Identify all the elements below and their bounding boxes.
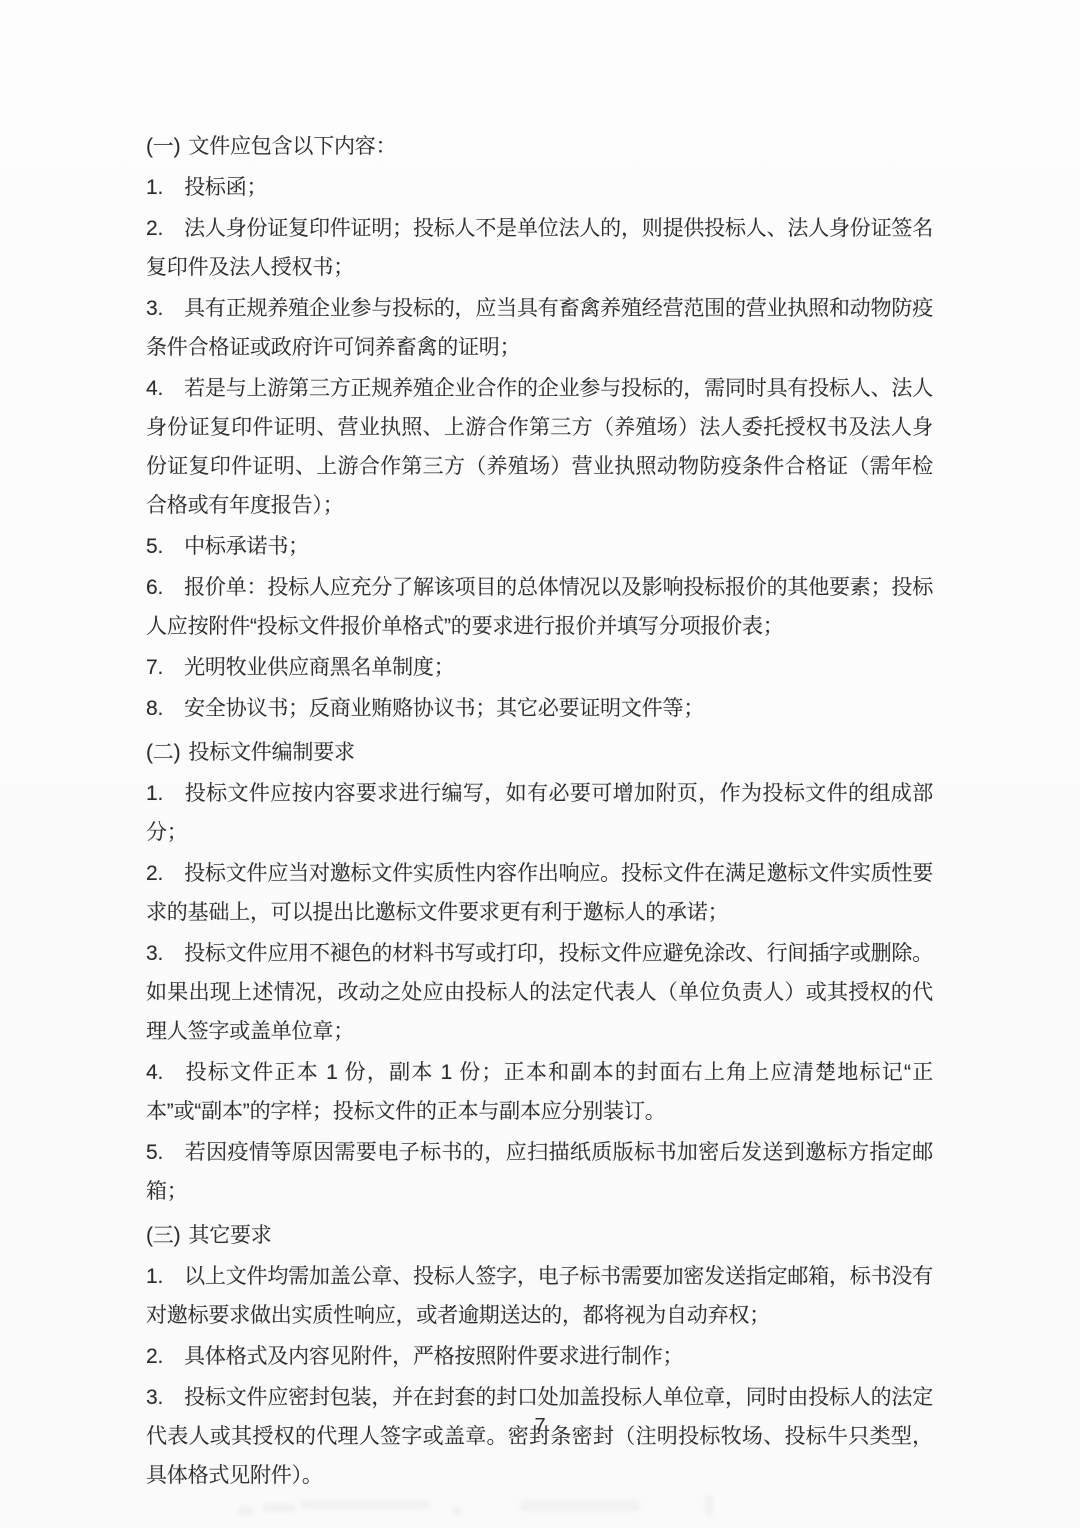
item-label: 2.	[146, 217, 184, 240]
item-text: 若因疫情等原因需要电子标书的，应扫描纸质版标书加密后发送到邀标方指定邮箱；	[146, 1141, 933, 1203]
item-label: 1.	[146, 1265, 184, 1288]
item-label: 7.	[146, 656, 184, 679]
item-text: 投标文件应按内容要求进行编写，如有必要可增加附页，作为投标文件的组成部分；	[146, 782, 933, 844]
item-text: 投标函；	[184, 176, 267, 199]
scan-artifact	[705, 1494, 713, 1516]
scan-artifact	[452, 1506, 462, 1515]
item-label: 5.	[146, 1141, 184, 1164]
item-label: 3.	[146, 297, 184, 320]
document-page: (一)文件应包含以下内容： 1.投标函； 2.法人身份证复印件证明；投标人不是单…	[0, 0, 1080, 1528]
item-label: 1.	[146, 782, 184, 805]
item-label: 4.	[146, 377, 184, 400]
scan-artifact	[238, 1506, 254, 1516]
item-text: 投标文件正本 1 份，副本 1 份；正本和副本的封面右上角上应清楚地标记“正本”…	[146, 1061, 933, 1123]
item-text: 法人身份证复印件证明；投标人不是单位法人的，则提供投标人、法人身份证签名复印件及…	[146, 217, 933, 279]
paragraph: 2.具体格式及内容见附件，严格按照附件要求进行制作；	[146, 1337, 933, 1376]
item-text: 以上文件均需加盖公章、投标人签字，电子标书需要加密发送指定邮箱，标书没有对邀标要…	[146, 1265, 933, 1327]
scan-artifact	[520, 1500, 640, 1511]
paragraph: 4.投标文件正本 1 份，副本 1 份；正本和副本的封面右上角上应清楚地标记“正…	[146, 1053, 933, 1131]
paragraph: 3.具有正规养殖企业参与投标的，应当具有畜禽养殖经营范围的营业执照和动物防疫条件…	[146, 289, 933, 367]
item-label: 8.	[146, 697, 184, 720]
scan-artifact	[300, 1500, 430, 1509]
paragraph: 4.若是与上游第三方正规养殖企业合作的企业参与投标的，需同时具有投标人、法人身份…	[146, 369, 933, 525]
item-text: 具有正规养殖企业参与投标的，应当具有畜禽养殖经营范围的营业执照和动物防疫条件合格…	[146, 297, 933, 359]
item-label: 2.	[146, 862, 184, 885]
item-text: 安全协议书；反商业贿赂协议书；其它必要证明文件等；	[184, 697, 704, 720]
paragraph: 7.光明牧业供应商黑名单制度；	[146, 648, 933, 687]
paragraph: 1.投标文件应按内容要求进行编写，如有必要可增加附页，作为投标文件的组成部分；	[146, 774, 933, 852]
page-number: 7	[0, 1412, 1080, 1440]
paragraph: (二)投标文件编制要求	[146, 733, 933, 772]
paragraph: 2.法人身份证复印件证明；投标人不是单位法人的，则提供投标人、法人身份证签名复印…	[146, 209, 933, 287]
item-label: 5.	[146, 535, 184, 558]
item-label: 2.	[146, 1345, 184, 1368]
item-label: 3.	[146, 942, 184, 965]
paragraph: 1.投标函；	[146, 168, 933, 207]
item-text: 投标文件应当对邀标文件实质性内容作出响应。投标文件在满足邀标文件实质性要求的基础…	[146, 862, 933, 924]
paragraph: 2.投标文件应当对邀标文件实质性内容作出响应。投标文件在满足邀标文件实质性要求的…	[146, 854, 933, 932]
paragraph: 5.中标承诺书；	[146, 527, 933, 566]
item-text: 投标文件应用不褪色的材料书写或打印，投标文件应避免涂改、行间插字或删除。如果出现…	[146, 942, 933, 1043]
item-label: 6.	[146, 576, 184, 599]
paragraph: (三)其它要求	[146, 1216, 933, 1255]
item-text: 报价单：投标人应充分了解该项目的总体情况以及影响投标报价的其他要素；投标人应按附…	[146, 576, 933, 638]
paragraph: 8.安全协议书；反商业贿赂协议书；其它必要证明文件等；	[146, 689, 933, 728]
item-label: 4.	[146, 1061, 184, 1084]
document-body: (一)文件应包含以下内容： 1.投标函； 2.法人身份证复印件证明；投标人不是单…	[146, 122, 933, 1497]
item-label: (二)	[146, 741, 188, 764]
paragraph: 1.以上文件均需加盖公章、投标人签字，电子标书需要加密发送指定邮箱，标书没有对邀…	[146, 1257, 933, 1335]
item-text: 若是与上游第三方正规养殖企业合作的企业参与投标的，需同时具有投标人、法人身份证复…	[146, 377, 933, 517]
item-text: 光明牧业供应商黑名单制度；	[184, 656, 454, 679]
item-text: 文件应包含以下内容：	[188, 135, 396, 158]
item-text: 具体格式及内容见附件，严格按照附件要求进行制作；	[184, 1345, 683, 1368]
item-text: 其它要求	[188, 1224, 271, 1247]
item-label: 3.	[146, 1386, 184, 1409]
paragraph: 3.投标文件应用不褪色的材料书写或打印，投标文件应避免涂改、行间插字或删除。如果…	[146, 934, 933, 1051]
item-text: 中标承诺书；	[184, 535, 309, 558]
paragraph: (一)文件应包含以下内容：	[146, 127, 933, 166]
scan-artifact	[262, 1503, 296, 1512]
item-label: (三)	[146, 1224, 188, 1247]
item-label: (一)	[146, 135, 188, 158]
paragraph: 5.若因疫情等原因需要电子标书的，应扫描纸质版标书加密后发送到邀标方指定邮箱；	[146, 1133, 933, 1211]
item-text: 投标文件编制要求	[188, 741, 354, 764]
paragraph: 6.报价单：投标人应充分了解该项目的总体情况以及影响投标报价的其他要素；投标人应…	[146, 568, 933, 646]
item-label: 1.	[146, 176, 184, 199]
